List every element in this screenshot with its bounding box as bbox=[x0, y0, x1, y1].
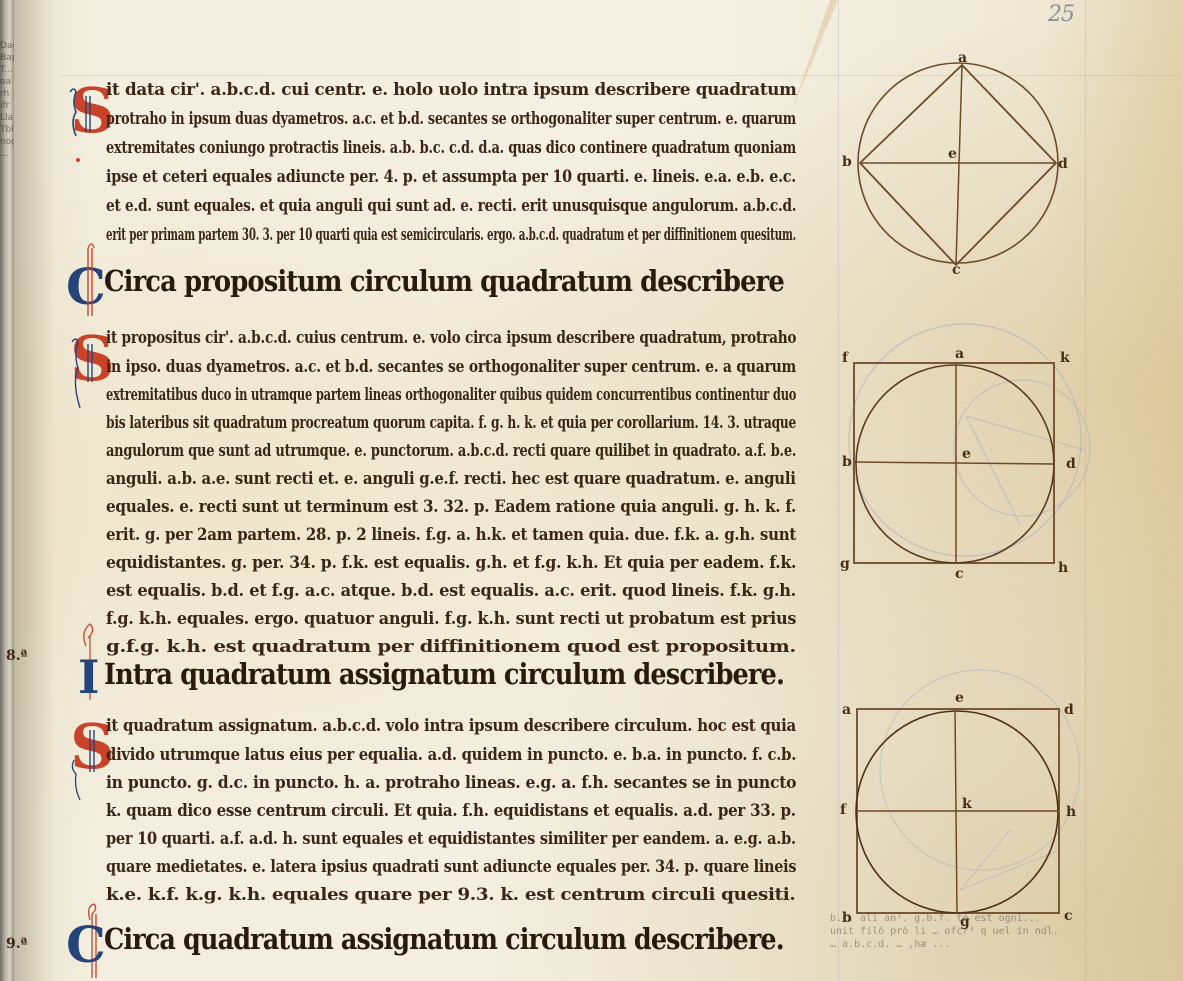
text-line: equales. e. recti sunt ut terminum est 3… bbox=[106, 497, 796, 517]
text-line: extremitates coniungo protractis lineis.… bbox=[106, 138, 796, 158]
text-line: divido utrumque latus eius per equalia. … bbox=[106, 745, 796, 765]
proposition-heading: Circa quadratum assignatum circulum desc… bbox=[104, 922, 784, 956]
bleed-line: b.c. ali an¹. g.b.f. té est ogni... bbox=[830, 912, 1180, 925]
text-line: angulorum que sunt ad utrumque. e. punct… bbox=[106, 441, 796, 461]
text-line: ipse et ceteri equales adiuncte per. 4. … bbox=[106, 167, 796, 187]
text-line: f.g. k.h. equales. ergo. quatuor anguli.… bbox=[106, 609, 796, 629]
text-line: it propositus cir'. a.b.c.d. cuius centr… bbox=[106, 328, 796, 348]
text-line: in ipso. duas dyametros. a.c. et b.d. se… bbox=[106, 357, 796, 377]
diagram-square-in-circle bbox=[850, 55, 1070, 275]
facing-page-text: Dag Bap T.… oa rh ifr Lla Tbl nog … bbox=[0, 40, 14, 160]
initial-i-blue: I bbox=[78, 654, 100, 700]
facing-line: ifr bbox=[0, 100, 14, 112]
point-label: a bbox=[955, 346, 964, 362]
initial-c-blue: C bbox=[66, 920, 106, 970]
facing-line: rh bbox=[0, 88, 14, 100]
point-label: a bbox=[958, 50, 967, 66]
facing-line: … bbox=[0, 148, 14, 160]
parchment-streak bbox=[780, 0, 840, 120]
margin-note: 9.ª bbox=[6, 936, 27, 952]
point-label: d bbox=[1064, 702, 1074, 718]
point-label: g bbox=[840, 556, 850, 572]
point-label: e bbox=[955, 690, 964, 706]
point-label: e bbox=[962, 446, 971, 462]
proposition-heading: Circa propositum circulum quadratum desc… bbox=[104, 264, 784, 298]
facing-line: Lla bbox=[0, 112, 14, 124]
facing-line: Dag bbox=[0, 40, 14, 52]
point-label: b bbox=[842, 454, 852, 470]
point-label: a bbox=[842, 702, 851, 718]
text-line: et e.d. sunt equales. et quia anguli qui… bbox=[106, 196, 796, 216]
text-line: est equalis. b.d. et f.g. a.c. atque. b.… bbox=[106, 581, 796, 601]
text-line: erit per primam partem 30. 3. per 10 qua… bbox=[106, 225, 796, 245]
filigree-icon bbox=[66, 332, 110, 422]
text-line: k.e. k.f. k.g. k.h. equales quare per 9.… bbox=[106, 885, 795, 905]
bleed-line: unit filò prò li … ofcr³ q uel in ndl. bbox=[830, 925, 1180, 938]
text-line: it data cir'. a.b.c.d. cui centr. e. hol… bbox=[106, 80, 796, 100]
facing-line: T.… bbox=[0, 64, 14, 76]
point-label: e bbox=[948, 146, 957, 162]
text-line: quare medietates. e. latera ipsius quadr… bbox=[106, 857, 796, 877]
bleed-line: … a.b.c.d. … ,hæ ... bbox=[830, 938, 1180, 951]
text-line: anguli. a.b. a.e. sunt recti et. e. angu… bbox=[106, 469, 796, 489]
point-label: c bbox=[955, 566, 964, 582]
facing-line: Tbl bbox=[0, 124, 14, 136]
folio-number: 25 bbox=[1048, 2, 1074, 27]
diagram-circle-in-square bbox=[855, 705, 1070, 920]
point-label: d bbox=[1066, 456, 1076, 472]
filigree-icon bbox=[70, 720, 110, 810]
proposition-heading: Intra quadratum assignatum circulum desc… bbox=[104, 657, 784, 691]
gutter-shadow bbox=[14, 0, 54, 981]
facing-line: Bap bbox=[0, 52, 14, 64]
filigree-icon bbox=[64, 84, 108, 164]
point-label: k bbox=[1060, 350, 1070, 366]
manuscript-page: Dag Bap T.… oa rh ifr Lla Tbl nog … 25 S… bbox=[0, 0, 1183, 981]
point-label: d bbox=[1058, 156, 1068, 172]
filigree-icon bbox=[80, 240, 100, 320]
point-label: f bbox=[840, 802, 846, 818]
ruling-line bbox=[838, 0, 839, 981]
facing-line: oa bbox=[0, 76, 14, 88]
text-line: protraho in ipsum duas dyametros. a.c. e… bbox=[106, 109, 796, 129]
point-label: k bbox=[962, 796, 972, 812]
point-label: c bbox=[952, 262, 961, 278]
margin-note: 8.ª bbox=[6, 648, 27, 664]
text-line: equidistantes. g. per. 34. p. f.k. est e… bbox=[106, 553, 796, 573]
point-label: h bbox=[1066, 804, 1076, 820]
text-line: in puncto. g. d.c. in puncto. h. a. prot… bbox=[106, 773, 796, 793]
text-line: bis lateribus sit quadratum procreatum q… bbox=[106, 413, 796, 433]
diagram-square-about-circle bbox=[850, 360, 1070, 570]
point-label: f bbox=[842, 350, 848, 366]
text-line: erit. g. per 2am partem. 28. p. 2 lineis… bbox=[106, 525, 796, 545]
text-line: g.f.g. k.h. est quadratum per diffinitio… bbox=[106, 637, 796, 657]
text-line: extremitatibus duco in utramque partem l… bbox=[106, 385, 796, 405]
point-label: b bbox=[842, 154, 852, 170]
facing-line: nog bbox=[0, 136, 14, 148]
text-line: per 10 quarti. a.f. a.d. h. sunt equales… bbox=[106, 829, 796, 849]
bleed-through-text: b.c. ali an¹. g.b.f. té est ogni... unit… bbox=[830, 912, 1180, 951]
text-line: it quadratum assignatum. a.b.c.d. volo i… bbox=[106, 716, 796, 736]
text-line: k. quam dico esse centrum circuli. Et qu… bbox=[106, 801, 796, 821]
point-label: h bbox=[1058, 560, 1068, 576]
